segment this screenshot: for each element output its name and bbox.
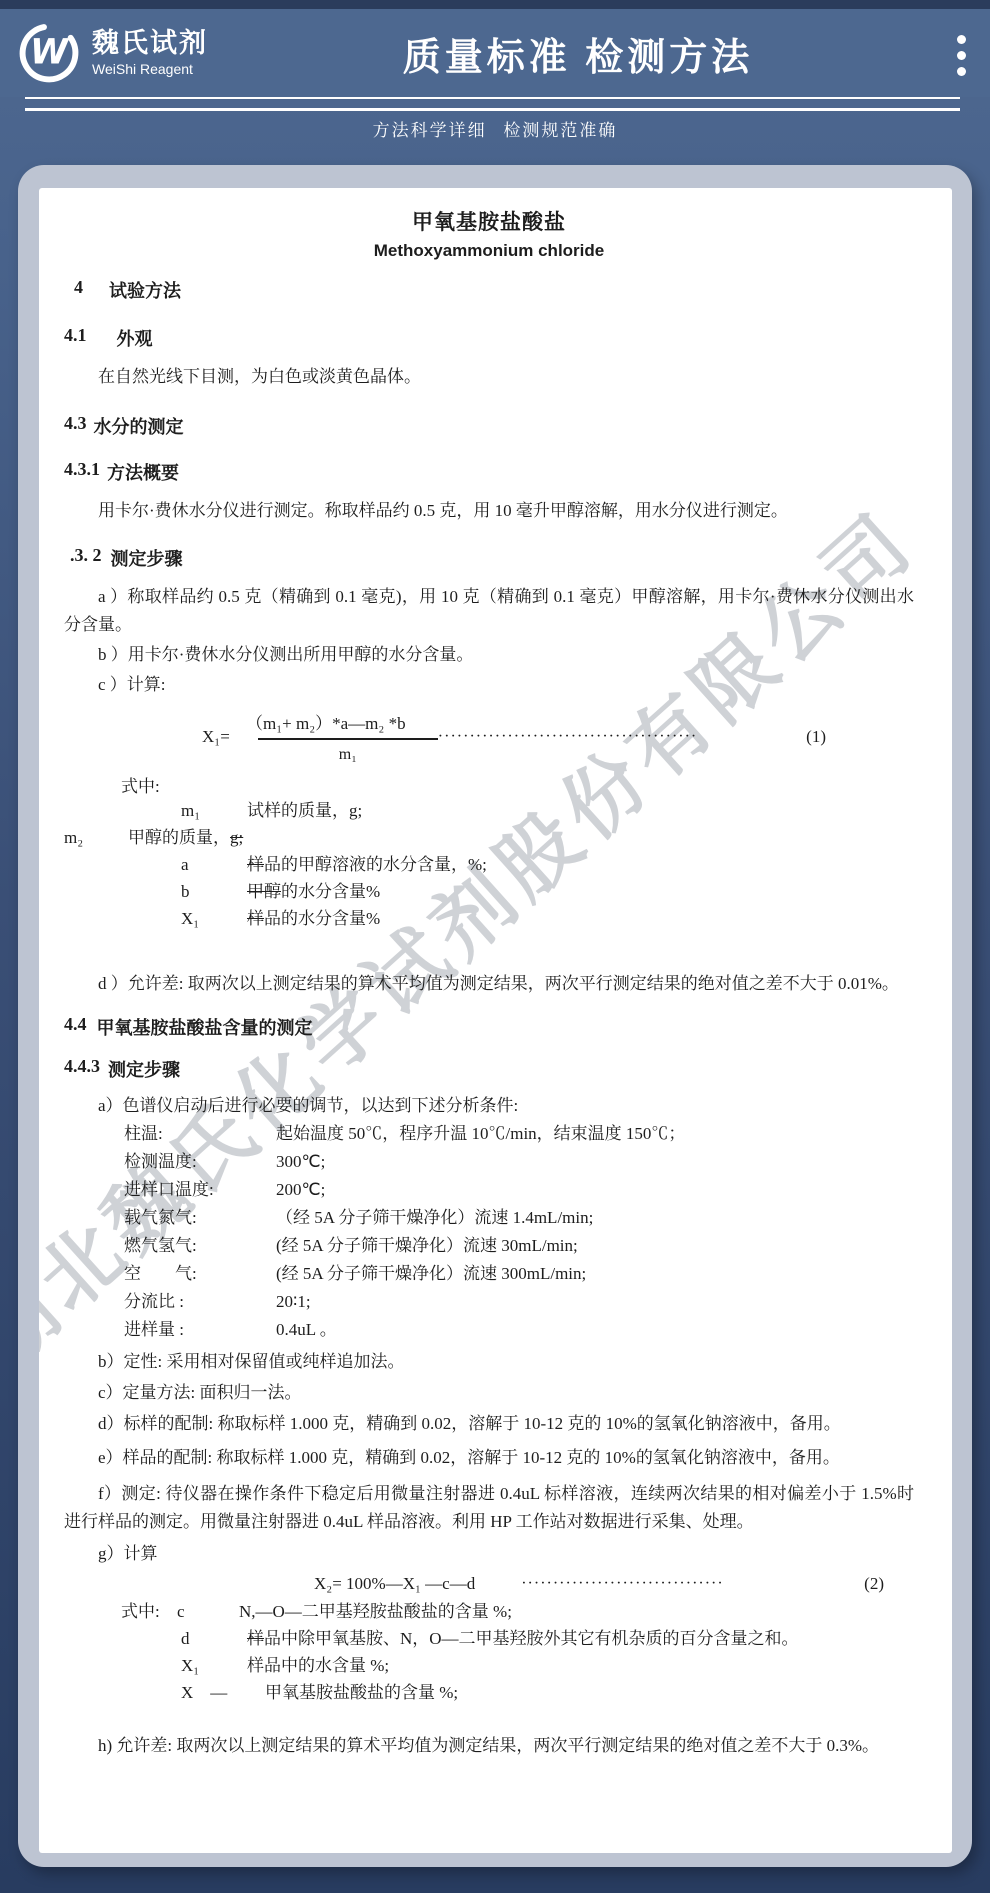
formula-1-fraction: （m₁+ m₂）*a—m₂ *b m₁ (258, 709, 438, 764)
formula-1-number: (1) (806, 727, 826, 747)
kebab-menu-icon[interactable] (954, 35, 968, 76)
formula-1-leader: ········································… (438, 727, 696, 747)
condition-row: 进样口温度: 200℃; (124, 1176, 914, 1204)
doc-title-en: Methoxyammonium chloride (64, 241, 914, 261)
paragraph-allow-h: h) 允许差: 取两次以上测定结果的算术平均值为测定结果，两次平行测定结果的绝对… (64, 1732, 914, 1760)
document-content: 甲氧基胺盐酸盐 Methoxyammonium chloride 4 试验方法 … (64, 206, 914, 1760)
formula-2: X₂= 100%—X₁ —c—d ·······················… (314, 1574, 914, 1594)
section-heading-3-2: .3. 2 测定步骤 (70, 545, 914, 571)
condition-row: 载气氮气: （经 5A 分子筛干燥净化）流速 1.4mL/min; (124, 1204, 914, 1232)
paragraph-step-b: b ）用卡尔·费休水分仪测出所用甲醇的水分含量。 (64, 641, 914, 669)
definition-row: d 样品中除甲氧基胺、N，O—二甲基羟胺外其它有机杂质的百分含量之和。 (181, 1625, 914, 1652)
definition-row: b 甲醇的水分含量% (181, 878, 914, 905)
brand-subtitle: WeiShi Reagent (92, 62, 208, 77)
condition-row: 进样量 : 0.4uL 。 (124, 1316, 914, 1344)
w-mark-icon: W (16, 20, 82, 86)
definition-row: m₂ 甲醇的质量，g; (64, 824, 914, 851)
paragraph-method-summary: 用卡尔·费休水分仪进行测定。称取样品约 0.5 克，用 10 毫升甲醇溶解，用水… (64, 497, 914, 525)
paragraph-gc-intro: a）色谱仪启动后进行必要的调节，以达到下述分析条件: (64, 1092, 914, 1120)
paragraph-step-a: a ）称取样品约 0.5 克（精确到 0.1 毫克)，用 10 克（精确到 0.… (64, 583, 914, 639)
paragraph-gc-e: e）样品的配制: 称取标样 1.000 克，精确到 0.02，溶解于 10-12… (64, 1444, 914, 1472)
section-heading-4-4-3: 4.4.3 测定步骤 (64, 1056, 914, 1082)
document-page: 湖北魏氏化学试剂股份有限公司 甲氧基胺盐酸盐 Methoxyammonium c… (39, 188, 952, 1853)
formula-1-numerator: （m₁+ m₂）*a—m₂ *b (246, 709, 406, 738)
svg-text:W: W (30, 33, 70, 73)
paragraph-gc-f: f）测定: 待仪器在操作条件下稳定后用微量注射器进 0.4uL 标样溶液，连续两… (64, 1480, 914, 1536)
paragraph-step-c: c ）计算: (64, 671, 914, 699)
definition-row: X₁ 样品中的水含量 %; (181, 1652, 914, 1679)
definition-row: X₁ 样品的水分含量% (181, 905, 914, 932)
brand-logo: W 魏氏试剂 WeiShi Reagent (16, 20, 246, 86)
condition-row: 检测温度: 300℃; (124, 1148, 914, 1176)
header: W 魏氏试剂 WeiShi Reagent 质量标准 检测方法 (0, 9, 990, 97)
section-heading-4-3: 4.3 水分的测定 (64, 413, 914, 439)
condition-row: 分流比 : 20∶1; (124, 1288, 914, 1316)
section-heading-4: 4 试验方法 (74, 277, 914, 303)
formula-2-leader: ········································… (521, 1574, 721, 1594)
formula-1-denominator: m₁ (339, 740, 357, 764)
formula-1: X₁= （m₁+ m₂）*a—m₂ *b m₁ ················… (202, 709, 914, 764)
document-card: 湖北魏氏化学试剂股份有限公司 甲氧基胺盐酸盐 Methoxyammonium c… (18, 165, 972, 1867)
top-strip (0, 0, 990, 9)
formula-1-lhs: X₁= (202, 727, 230, 747)
doc-title-cn: 甲氧基胺盐酸盐 (64, 206, 914, 236)
paragraph-allow-d: d ）允许差: 取两次以上测定结果的算术平均值为测定结果，两次平行测定结果的绝对… (64, 970, 914, 998)
where-label-2: 式中: (121, 1598, 177, 1625)
formula-2-lhs: X₂= 100%—X₁ —c—d (314, 1574, 475, 1594)
where-label-1: 式中: (121, 772, 914, 797)
tagline: 方法科学详细 检测规范准确 (0, 111, 990, 145)
definition-row: m₁ 试样的质量，g; (181, 797, 914, 824)
condition-row: 燃气氢气: (经 5A 分子筛干燥净化）流速 30mL/min; (124, 1232, 914, 1260)
paragraph-gc-d: d）标样的配制: 称取标样 1.000 克，精确到 0.02，溶解于 10-12… (64, 1410, 914, 1438)
brand-name: 魏氏试剂 (92, 29, 208, 59)
paragraph-gc-g: g）计算 (64, 1540, 914, 1568)
header-rule (25, 97, 960, 111)
section-heading-4-1: 4.1 外观 (64, 325, 914, 351)
page-title: 质量标准 检测方法 (246, 26, 910, 81)
definition-row: X — 甲氧基胺盐酸盐的含量 %; (181, 1679, 914, 1706)
condition-row: 柱温: 起始温度 50℃，程序升温 10℃/min，结束温度 150℃； (124, 1120, 914, 1148)
section-heading-4-4: 4.4 甲氧基胺盐酸盐含量的测定 (64, 1014, 914, 1040)
definition-row: a 样品的甲醇溶液的水分含量，%; (181, 851, 914, 878)
paragraph-appearance: 在自然光线下目测，为白色或淡黄色晶体。 (64, 363, 914, 391)
paragraph-gc-c: c）定量方法: 面积归一法。 (64, 1379, 914, 1407)
definition-row: 式中: c N,—O—二甲基羟胺盐酸盐的含量 %; (121, 1598, 914, 1625)
paragraph-gc-b: b）定性: 采用相对保留值或纯样追加法。 (64, 1348, 914, 1376)
condition-row: 空 气: (经 5A 分子筛干燥净化）流速 300mL/min; (124, 1260, 914, 1288)
formula-2-number: (2) (864, 1574, 884, 1594)
section-heading-4-3-1: 4.3.1 方法概要 (64, 459, 914, 485)
